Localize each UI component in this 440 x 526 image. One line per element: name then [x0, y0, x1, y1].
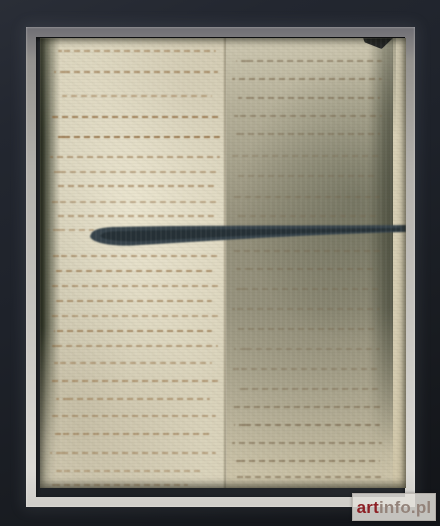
- artwork-photo: artinfo.pl: [0, 0, 440, 526]
- brushstroke-layer: [40, 38, 406, 488]
- painting-canvas: [40, 38, 406, 488]
- watermark-artinfo: artinfo.pl: [352, 493, 436, 521]
- picture-frame: artinfo.pl: [0, 0, 440, 526]
- watermark-text-art: art: [357, 499, 379, 516]
- watermark-text-infopl: info.pl: [379, 499, 431, 516]
